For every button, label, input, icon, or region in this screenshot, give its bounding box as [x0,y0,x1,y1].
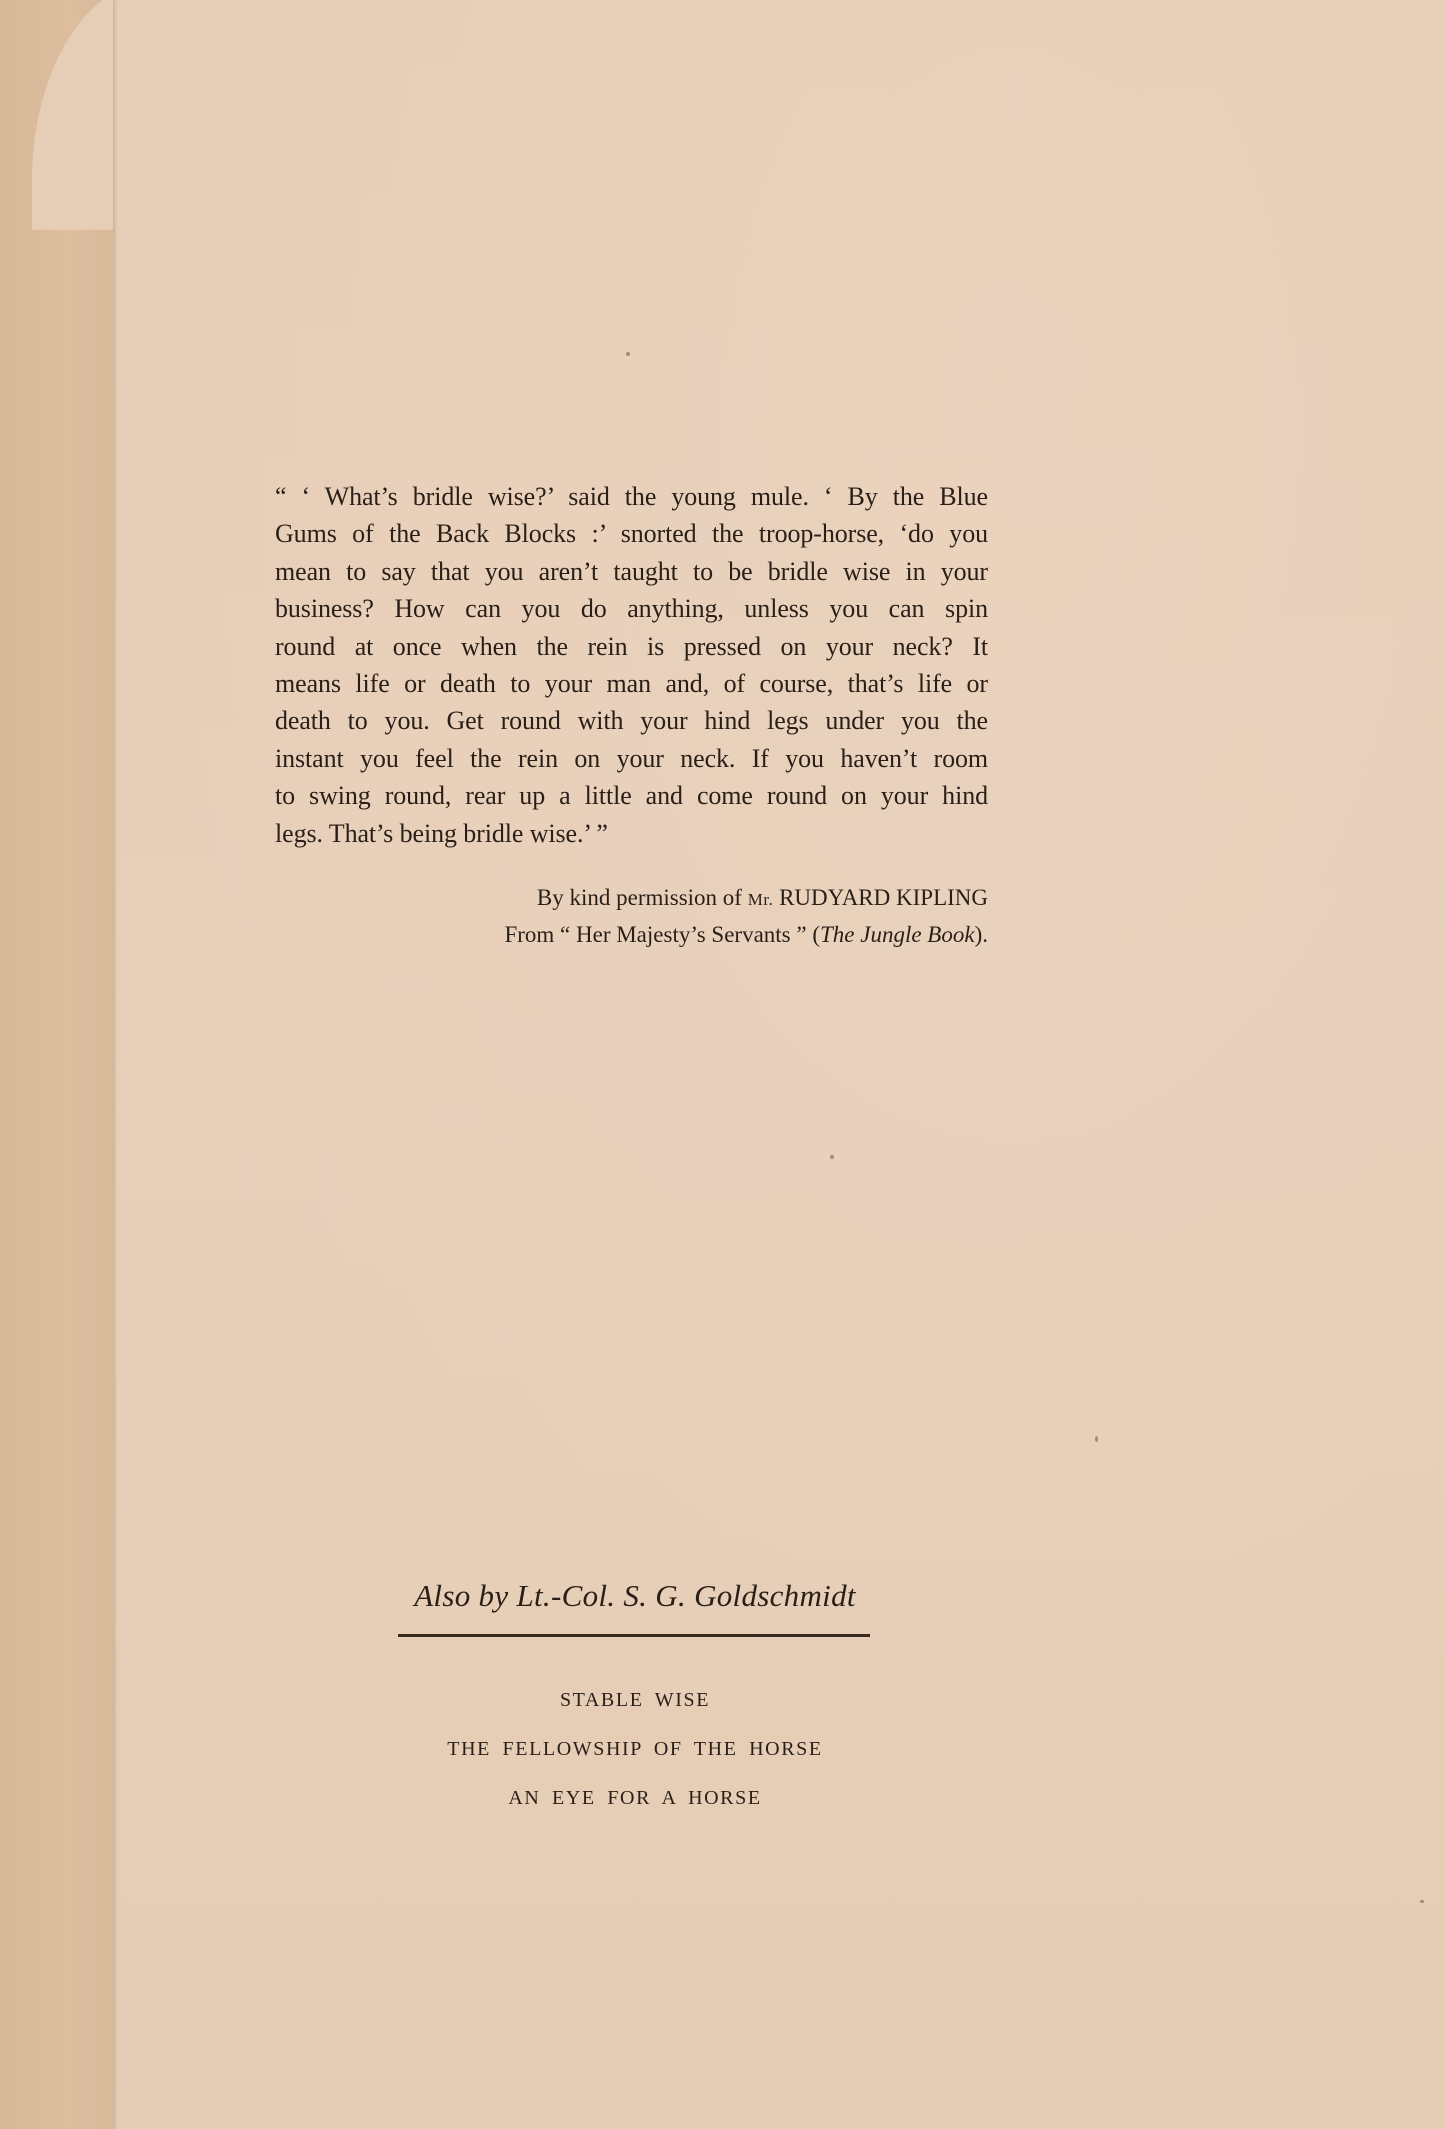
epigraph-line: death to you. Get round with your hind l… [275,702,988,739]
attribution-permission-line: By kind permission of Mr. RUDYARD KIPLIN… [275,880,988,917]
attribution-book-title: The Jungle Book [820,922,975,947]
epigraph-line: “ ‘ What’s bridle wise?’ said the young … [275,478,988,515]
attribution-honorific: Mr. [748,890,774,909]
book-title: STABLE WISE [398,1676,872,1725]
epigraph-quote: “ ‘ What’s bridle wise?’ said the young … [275,478,988,852]
attribution: By kind permission of Mr. RUDYARD KIPLIN… [275,880,988,952]
attribution-source-suffix: ). [975,922,988,947]
epigraph-line: round at once when the rein is pressed o… [275,628,988,665]
paper-speck [1095,1436,1098,1442]
attribution-source-prefix: From “ Her Majesty’s Servants ” ( [504,922,820,947]
epigraph-line: to swing round, rear up a little and com… [275,777,988,814]
also-by-heading: Also by Lt.-Col. S. G. Goldschmidt [398,1576,872,1616]
binding-strip [0,0,113,2129]
epigraph-line: instant you feel the rein on your neck. … [275,740,988,777]
attribution-author: RUDYARD KIPLING [773,885,988,910]
book-title: THE FELLOWSHIP OF THE HORSE [398,1725,872,1774]
paper-speck [830,1155,834,1159]
epigraph-line: means life or death to your man and, of … [275,665,988,702]
epigraph-line: Gums of the Back Blocks :’ snorted the t… [275,515,988,552]
heading-rule [398,1634,870,1637]
epigraph-line: business? How can you do anything, unles… [275,590,988,627]
epigraph-line: legs. That’s being bridle wise.’ ” [275,815,988,852]
epigraph-line: mean to say that you aren’t taught to be… [275,553,988,590]
paper-speck [1420,1900,1424,1903]
book-title: AN EYE FOR A HORSE [398,1774,872,1823]
also-by-book-list: STABLE WISE THE FELLOWSHIP OF THE HORSE … [398,1676,872,1823]
attribution-prefix: By kind permission of [537,885,748,910]
binding-curve [0,0,113,230]
paper-speck [626,352,630,356]
attribution-source-line: From “ Her Majesty’s Servants ” (The Jun… [275,917,988,952]
